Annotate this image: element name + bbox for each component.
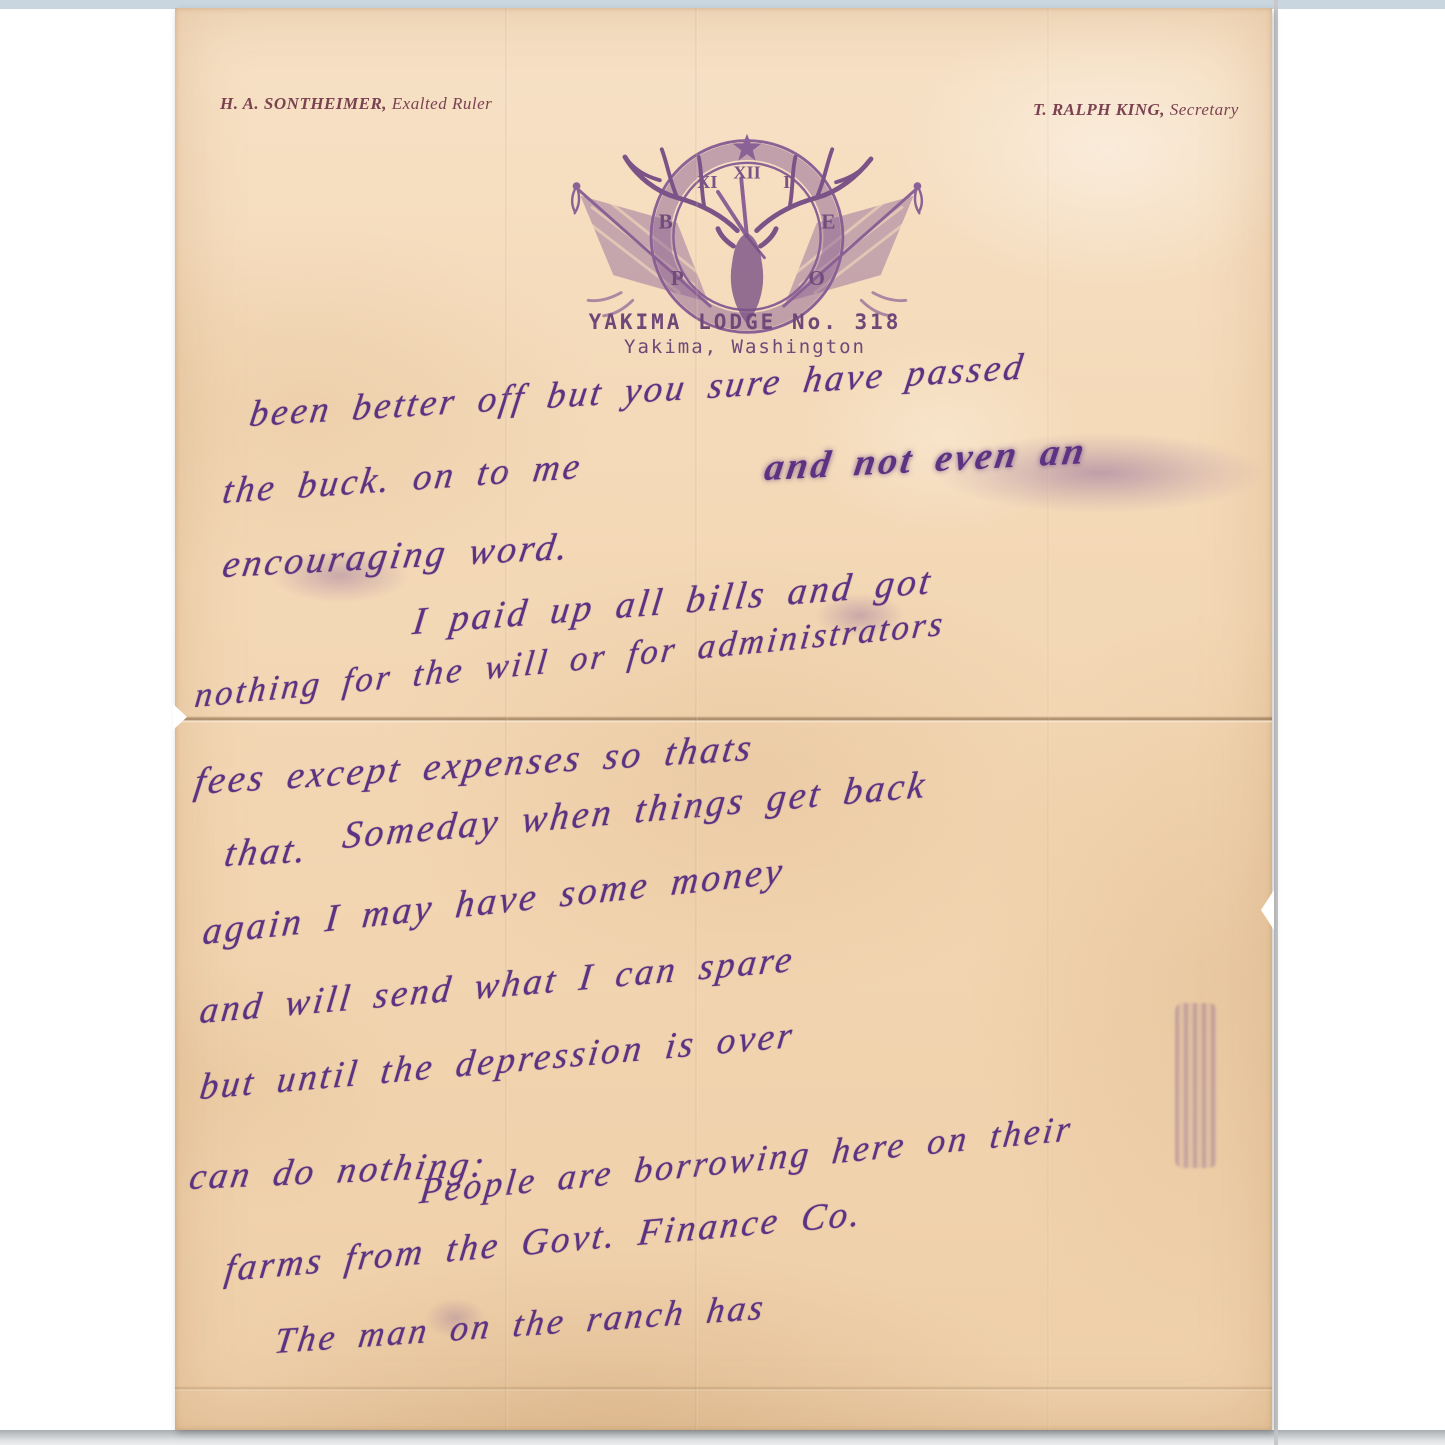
paper-edge-tear — [1261, 890, 1274, 930]
scan-background-right-line — [1274, 0, 1278, 1445]
letter-paper: H. A. SONTHEIMER, Exalted Ruler T. RALPH… — [175, 8, 1272, 1430]
handwritten-line: People are borrowing here on their — [418, 1107, 1076, 1213]
ring-letter-o: O — [808, 266, 825, 290]
handwritten-line: the buck. on to me — [220, 445, 585, 514]
bpoe-elks-emblem: XI XII I B P O E — [563, 128, 931, 340]
fold-crease-bottom — [175, 1386, 1272, 1391]
handwritten-line: that. — [221, 827, 312, 876]
ink-smudge — [270, 548, 410, 603]
fold-crease-main — [175, 716, 1272, 723]
paper-edge-tear — [173, 704, 187, 730]
handwritten-line: encouraging word. — [219, 525, 573, 588]
handwritten-line: Someday when things get back — [340, 763, 930, 859]
officer-right: T. RALPH KING, Secretary — [1033, 100, 1239, 120]
ink-smudge — [815, 593, 905, 638]
handwritten-line: nothing for the will or for administrato… — [193, 603, 948, 716]
ink-smudge-streak — [1175, 1003, 1217, 1168]
officer-right-title: Secretary — [1165, 100, 1239, 119]
officer-left: H. A. SONTHEIMER, Exalted Ruler — [220, 94, 492, 114]
officer-left-title: Exalted Ruler — [387, 94, 492, 113]
ink-smudge — [425, 1298, 485, 1338]
handwritten-line: fees except expenses so thats — [192, 726, 757, 805]
handwritten-line: and will send what I can spare — [197, 938, 797, 1034]
ring-letter-e: E — [821, 210, 835, 234]
ring-letter-b: B — [659, 210, 673, 234]
handwritten-line: again I may have some money — [201, 848, 788, 954]
officer-right-name: T. RALPH KING, — [1033, 100, 1165, 119]
handwritten-line: been better off but you sure have passed — [247, 345, 1029, 436]
handwritten-line: The man on the ranch has — [272, 1285, 769, 1362]
handwritten-line: farms from the Govt. Finance Co. — [222, 1192, 865, 1291]
clock-numeral-xii: XII — [733, 162, 761, 182]
fold-crease-vertical — [1047, 8, 1050, 1430]
handwritten-line: but until the depression is over — [197, 1014, 797, 1110]
fold-crease-vertical — [505, 8, 508, 1430]
clock-numeral-i: I — [783, 172, 790, 192]
lodge-name: YAKIMA LODGE No. 318 — [485, 310, 1005, 334]
scan-background-bottom-strip — [0, 1430, 1445, 1445]
handwritten-line: and not even an — [761, 429, 1090, 490]
handwritten-line: can do nothing: — [186, 1143, 490, 1199]
lodge-block: YAKIMA LODGE No. 318 Yakima, Washington — [485, 310, 1005, 358]
ink-smudge — [935, 433, 1265, 513]
ring-letter-p: P — [671, 266, 684, 290]
officer-left-name: H. A. SONTHEIMER, — [220, 94, 387, 113]
handwritten-line: I paid up all bills and got — [410, 559, 936, 645]
lodge-city: Yakima, Washington — [485, 336, 1005, 358]
